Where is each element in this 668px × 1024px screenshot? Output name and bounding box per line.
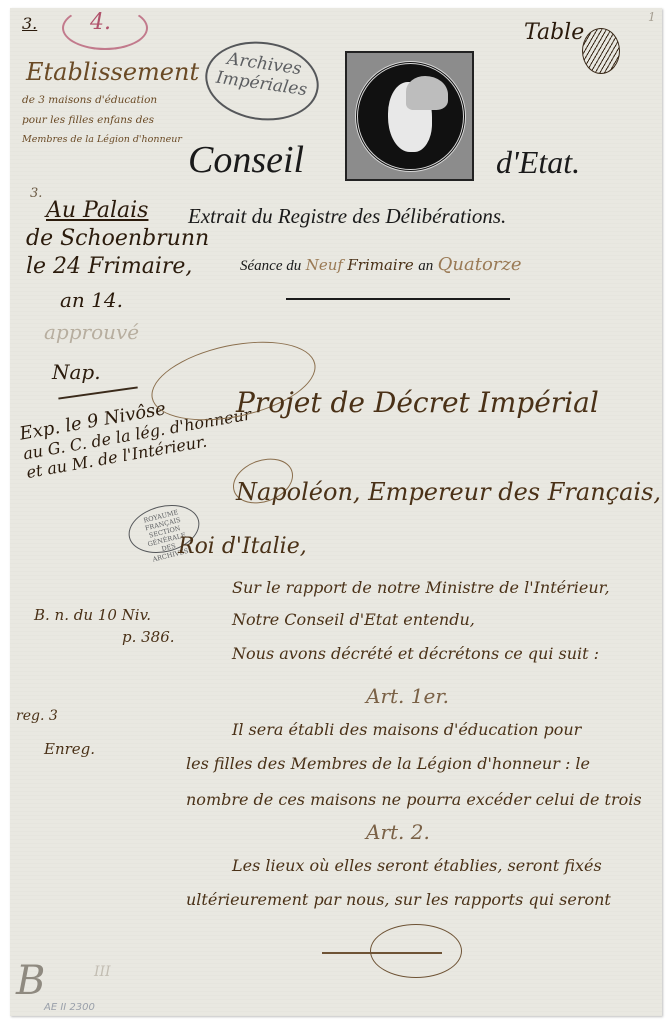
decree-title: Projet de Décret Impérial <box>236 386 599 419</box>
letterhead-subtitle: Extrait du Registre des Délibérations. <box>188 204 506 229</box>
article-1-line: les filles des Membres de la Légion d'ho… <box>186 754 590 773</box>
article-2-line: ultérieurement par nous, sur les rapport… <box>186 890 611 909</box>
article-1-line: Il sera établi des maisons d'éducation p… <box>232 720 581 739</box>
minerva-vignette <box>345 51 474 181</box>
enreg-line: Enreg. <box>44 740 95 758</box>
letterhead-etat: d'Etat. <box>496 144 580 181</box>
margin-note-line: pour les filles enfans des <box>22 114 154 126</box>
helmet-icon <box>406 76 448 110</box>
session-line: Séance du Neuf Frimaire an Quatorze <box>240 254 522 275</box>
year-line: an 14. <box>60 288 123 312</box>
place-line: de Schoenbrunn <box>26 226 209 251</box>
margin-mark: 3. <box>30 186 42 201</box>
date-line: le 24 Frimaire, <box>26 254 192 279</box>
margin-note-line: de 3 maisons d'éducation <box>22 94 157 106</box>
folio-number: 3. <box>22 14 37 33</box>
margin-note-line: Membres de la Légion d'honneur <box>22 134 182 145</box>
enreg-line: reg. 3 <box>16 708 58 724</box>
bottom-initial: B <box>16 958 45 1004</box>
scribble-mark-icon <box>582 28 620 74</box>
considerant-line: Sur le rapport de notre Ministre de l'In… <box>232 578 610 597</box>
session-prefix: Séance du <box>240 258 301 274</box>
session-day: Neuf <box>306 256 343 274</box>
napoleon-signature: Nap. <box>52 360 101 384</box>
considerant-line: Nous avons décrété et décrétons ce qui s… <box>232 644 599 663</box>
place-line: Au Palais <box>46 198 148 223</box>
article-1-heading: Art. 1er. <box>366 684 449 708</box>
roi-line: Roi d'Italie, <box>178 534 307 559</box>
margin-note-title: Etablissement <box>26 58 199 86</box>
article-2-heading: Art. 2. <box>366 820 430 844</box>
minerva-medallion-icon <box>355 61 466 172</box>
considerant-line: Notre Conseil d'Etat entendu, <box>232 610 475 629</box>
letterhead-conseil: Conseil <box>188 138 304 182</box>
napoleon-line: Napoléon, Empereur des Français, <box>236 478 661 506</box>
article-2-line: Les lieux où elles seront établies, sero… <box>232 856 602 875</box>
approved-note: approuvé <box>44 320 139 344</box>
session-an: an <box>418 258 433 274</box>
table-label: Table <box>524 20 584 45</box>
circled-number: 4. <box>90 10 111 35</box>
bulletin-page: p. 386. <box>122 628 175 646</box>
catchword-stroke <box>322 952 442 954</box>
bottom-faint-mark: III <box>94 964 111 980</box>
letterhead-rule <box>286 298 510 300</box>
catalog-number: AE II 2300 <box>44 1002 95 1013</box>
bulletin-line: B. n. du 10 Niv. <box>34 606 151 624</box>
article-1-line: nombre de ces maisons ne pourra excéder … <box>186 790 642 809</box>
corner-number: 1 <box>648 10 656 24</box>
catchword-flourish-icon <box>370 924 462 978</box>
bulletin-reference: B. n. du 10 Niv. <box>34 606 151 624</box>
session-month: Frimaire <box>347 256 413 274</box>
session-year: Quatorze <box>438 254 522 275</box>
